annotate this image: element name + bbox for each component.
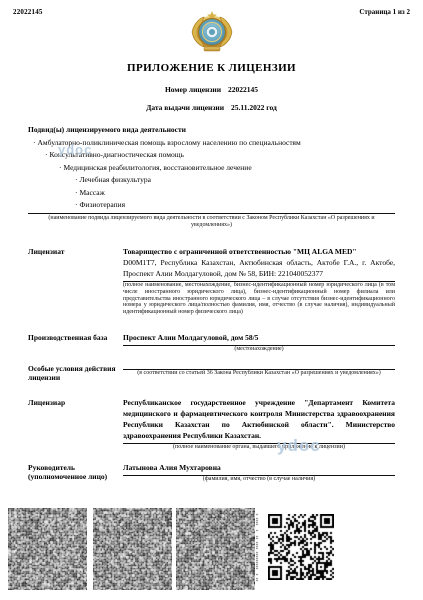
- subtype-text: Массаж: [80, 188, 105, 197]
- license-appendix-page: 22022145 Страница 1 из 2 ПРИЛОЖЕНИЕ К ЛИ…: [0, 0, 423, 600]
- special-conditions-caption: (в соответствии со статьей 36 Закона Рес…: [123, 370, 395, 377]
- watermark: ydoc: [58, 142, 92, 157]
- licensee-name: Товарищество с ограниченной ответственно…: [123, 246, 395, 257]
- noise-barcode-1: [8, 508, 87, 590]
- micro-text-strip: [256, 512, 259, 582]
- licensee-row: Лицензиат Товарищество с ограниченной от…: [0, 246, 423, 316]
- subtype-item: ·Медицинская реабилитология, восстановит…: [0, 162, 395, 174]
- field-rows: Лицензиат Товарищество с ограниченной от…: [0, 246, 423, 482]
- bullet-icon: ·: [45, 150, 48, 159]
- noise-barcode-3: [176, 508, 255, 590]
- bullet-icon: ·: [75, 175, 78, 184]
- production-base-value: Проспект Алии Молдагуловой, дом 58/5: [123, 332, 395, 343]
- subtypes-heading: Подвид(ы) лицензируемого вида деятельнос…: [28, 125, 395, 134]
- special-conditions-row: Особые условия действия лицензии (в соот…: [0, 363, 423, 383]
- licensee-caption: (полное наименование, местонахождение, б…: [123, 282, 395, 316]
- licensor-value: Республиканское государственное учрежден…: [123, 397, 395, 441]
- subtype-text: Физиотерапия: [80, 200, 126, 209]
- bullet-icon: ·: [75, 200, 78, 209]
- licensee-details: D00M1T7, Республика Казахстан, Актюбинск…: [123, 257, 395, 279]
- issue-date-line: Дата выдачи лицензии25.11.2022 год: [0, 103, 423, 112]
- bullet-icon: ·: [75, 188, 78, 197]
- subtypes-caption: (наименование подвида лицензируемого вид…: [28, 215, 395, 229]
- licensee-label: Лицензиат: [28, 246, 123, 316]
- subtype-item: ·Физиотерапия: [0, 199, 395, 211]
- kazakhstan-emblem-icon: [190, 11, 234, 53]
- special-conditions-label: Особые условия действия лицензии: [28, 363, 123, 383]
- licensor-caption: (полное наименование органа, выдавшего п…: [123, 444, 395, 451]
- license-number-label: Номер лицензии: [165, 85, 221, 94]
- head-caption: (фамилия, имя, отчество (в случае наличи…: [123, 476, 395, 483]
- head-label: Руководитель (уполномоченное лицо): [28, 462, 123, 483]
- watermark: ydoc: [277, 436, 321, 456]
- qr-code: [268, 514, 334, 580]
- subtype-item: ·Лечебная физкультура: [0, 174, 395, 186]
- head-value: Латынова Алия Мухтаровна: [123, 462, 395, 473]
- licensor-label: Лицензиар: [28, 397, 123, 451]
- header-doc-number: 22022145: [13, 8, 43, 16]
- issue-date-label: Дата выдачи лицензии: [146, 103, 224, 112]
- licensor-row: Лицензиар Республиканское государственно…: [0, 397, 423, 451]
- bullet-icon: ·: [59, 163, 62, 172]
- noise-barcode-2: [93, 508, 172, 590]
- subtype-text: Лечебная физкультура: [80, 175, 151, 184]
- doc-title: ПРИЛОЖЕНИЕ К ЛИЦЕНЗИИ: [14, 62, 409, 74]
- production-base-caption: (местонахождение): [123, 346, 395, 353]
- license-number-value: 22022145: [228, 85, 258, 94]
- production-base-row: Производственная база Проспект Алии Молд…: [0, 332, 423, 353]
- head-row: Руководитель (уполномоченное лицо) Латын…: [0, 462, 423, 483]
- subtype-item: ·Массаж: [0, 187, 395, 199]
- page-indicator: Страница 1 из 2: [359, 8, 410, 16]
- license-number-line: Номер лицензии22022145: [0, 85, 423, 94]
- bullet-icon: ·: [33, 138, 36, 147]
- production-base-label: Производственная база: [28, 332, 123, 353]
- issue-date-value: 25.11.2022 год: [231, 103, 277, 112]
- subtype-text: Медицинская реабилитология, восстановите…: [64, 163, 252, 172]
